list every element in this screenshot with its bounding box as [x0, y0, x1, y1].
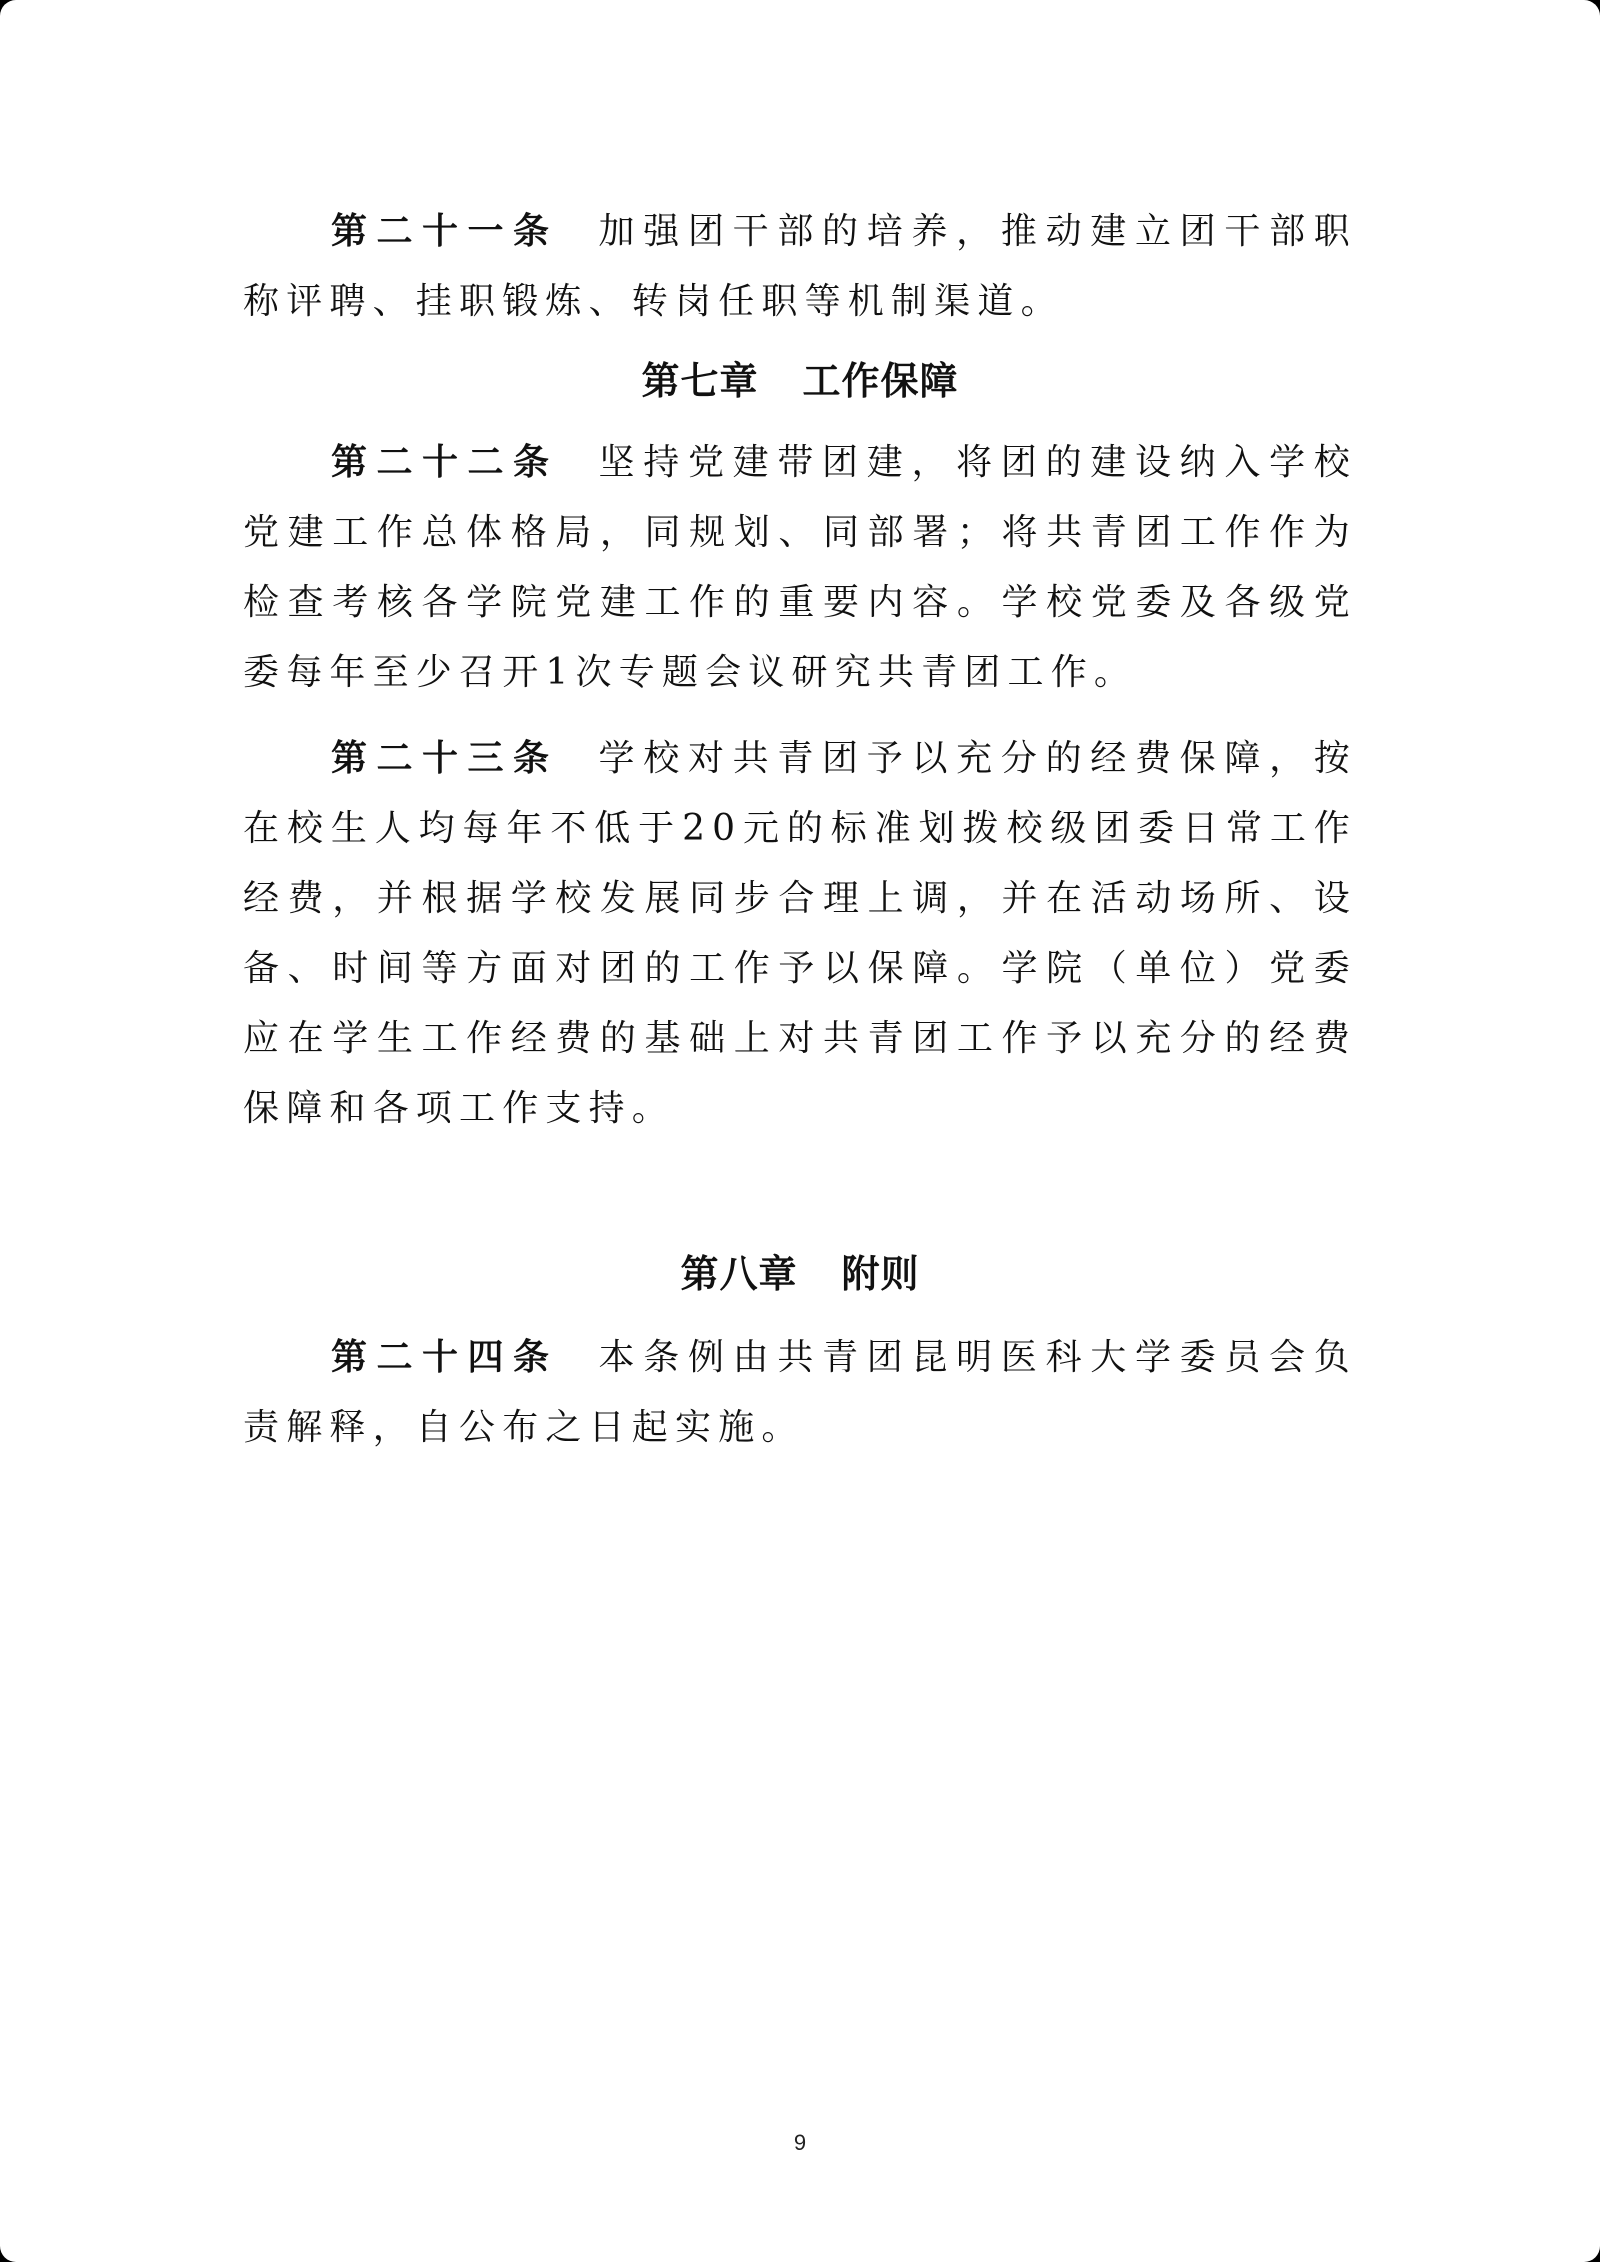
chapter-number: 第八章	[680, 1252, 797, 1296]
chapter-title: 工作保障	[803, 359, 959, 403]
article-text: 学校对共青团予以充分的经费保障，按在校生人均每年不低于20元的标准划拨校级团委日…	[243, 738, 1357, 1129]
chapter-number: 第七章	[641, 359, 758, 403]
page-number: 9	[0, 2130, 1600, 2156]
page-content: 第二十一条加强团干部的培养，推动建立团干部职称评聘、挂职锻炼、转岗任职等机制渠道…	[243, 196, 1357, 1463]
article-23: 第二十三条学校对共青团予以充分的经费保障，按在校生人均每年不低于20元的标准划拨…	[243, 723, 1357, 1144]
article-22: 第二十二条坚持党建带团建，将团的建设纳入学校党建工作总体格局，同规划、同部署；将…	[243, 427, 1357, 708]
article-24: 第二十四条本条例由共青团昆明医科大学委员会负责解释，自公布之日起实施。	[243, 1322, 1357, 1463]
chapter-7-heading: 第七章工作保障	[243, 355, 1357, 407]
document-page: 第二十一条加强团干部的培养，推动建立团干部职称评聘、挂职锻炼、转岗任职等机制渠道…	[0, 0, 1600, 2262]
chapter-8-heading: 第八章附则	[243, 1248, 1357, 1300]
article-number: 第二十四条	[331, 1336, 559, 1378]
chapter-title: 附则	[842, 1252, 920, 1296]
article-number: 第二十一条	[331, 210, 559, 252]
article-number: 第二十三条	[331, 737, 559, 779]
article-21: 第二十一条加强团干部的培养，推动建立团干部职称评聘、挂职锻炼、转岗任职等机制渠道…	[243, 196, 1357, 337]
article-number: 第二十二条	[331, 441, 559, 483]
